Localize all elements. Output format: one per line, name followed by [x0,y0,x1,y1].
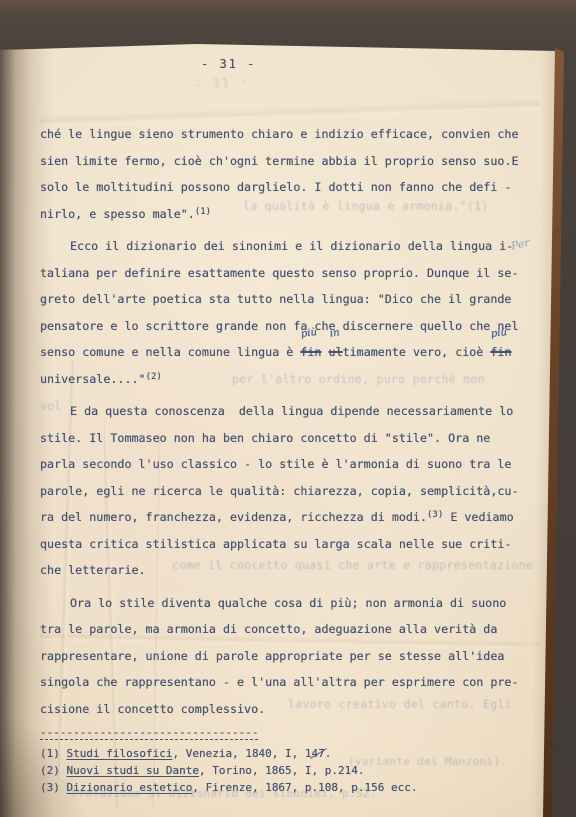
footnote-number: (3) [40,781,60,794]
line-text: ra del numero, franchezza, evidenza, ric… [40,510,427,524]
typed-line: questa critica stilistica applicata su l… [40,531,536,558]
typed-line: tra le parole, ma armonia di concetto, a… [40,616,536,643]
footnote-number: (1) [40,747,60,760]
line-text [321,345,328,359]
handwritten-correction: più [491,327,508,341]
typed-line: singola che rappresentano - e l'una all'… [40,669,536,696]
typed-line: taliana per definire esattamente questo … [40,260,536,287]
bleedthrough-text: lavoro creativo del canto. Egli [288,697,512,711]
line-text: universale...." [40,372,146,386]
typed-line: ra del numero, franchezza, evidenza, ric… [40,504,536,531]
correction-group: piùfin [490,339,511,366]
typed-line: pensatore e lo scrittore grande non fa c… [40,313,536,340]
handwritten-correction: più [301,327,318,341]
struck-word: fin [490,345,511,359]
line-text: senso comune e nella comune lingua è [40,345,300,359]
typed-line: E da questa conoscenza della lingua dipe… [40,398,536,425]
struck-word: ul [329,345,343,359]
footnote-reference-2: (2) [146,372,162,382]
typed-line: parole, egli ne ricerca le qualità: chia… [40,478,536,505]
handwritten-correction: in [329,327,340,340]
correction-group: piùfin [300,339,321,366]
cover-fabric-texture [0,0,576,12]
correction-group: inul [329,339,343,366]
typed-line: sien limite fermo, cioè ch'ogni termine … [40,148,536,175]
bleedthrough-text: vol [40,399,62,413]
typed-line: greto dell'arte poetica sta tutto nella … [40,286,536,313]
paragraph-3: E da questa conoscenza della lingua dipe… [40,398,536,584]
typed-line: ché le lingue sieno strumento chiaro e i… [40,121,536,148]
bleedthrough-text: Prefazione al Dizionario dei sinonimi, p… [72,787,377,800]
bleedthrough-text: per l'altro ordine, puro perché non [232,372,485,386]
scanned-book-photo: { "colors": { "ink": "#44536f", "handwri… [0,0,576,817]
typed-line-with-corrections: senso comune e nella comune lingua è più… [40,339,536,366]
bleedthrough-text: la qualità è lingua e armonia."(1) [243,199,489,213]
spacer [60,747,67,760]
paragraph-2: Ecco il dizionario dei sinonimi e il diz… [40,233,536,392]
footnote-reference-1: (1) [195,207,211,217]
footnote-separator: --------------------------------- [40,728,536,740]
typed-line: solo le moltitudini possono darglielo. I… [40,174,536,201]
spacer [60,781,67,794]
typed-line: Ora lo stile diventa qualche cosa di più… [40,590,536,617]
typed-text-block: ché le lingue sieno strumento chiaro e i… [40,121,536,796]
footnote-text: , Venezia, 1840, I, 1 [172,747,311,760]
typed-line: parla secondo l'uso classico - lo stile … [40,451,536,478]
paper-page: - 31 - - 31 - ché le lingue sieno strume… [0,0,576,817]
typed-line: stile. Il Tommaseo non ha ben chiaro con… [40,425,536,452]
footnote-title: Nuovi studi su Dante [67,764,199,777]
footnote-title: Studi filosofici [67,747,173,760]
page-number: - 31 - [201,57,256,71]
line-text: nirlo, e spesso male". [40,207,195,221]
bleedthrough-text: (variante del Manzoni). [348,755,507,768]
hand-corrected-number: 47 [312,745,325,762]
typed-line: rappresentare, unione di parole appropri… [40,643,536,670]
bleedthrough-text: come il concetto quasi che arte e rappre… [172,558,533,572]
footnote-number: (2) [40,764,60,777]
typed-line: Ecco il dizionario dei sinonimi e il diz… [40,233,536,260]
spacer [60,764,67,777]
footnote-text: , Torino, 1865, I, p.214. [199,764,365,777]
line-text: E vediamo [443,510,513,524]
line-text: timamente vero, cioè [343,345,491,359]
footnote-reference-3: (3) [427,510,443,520]
struck-word: fin [300,345,321,359]
